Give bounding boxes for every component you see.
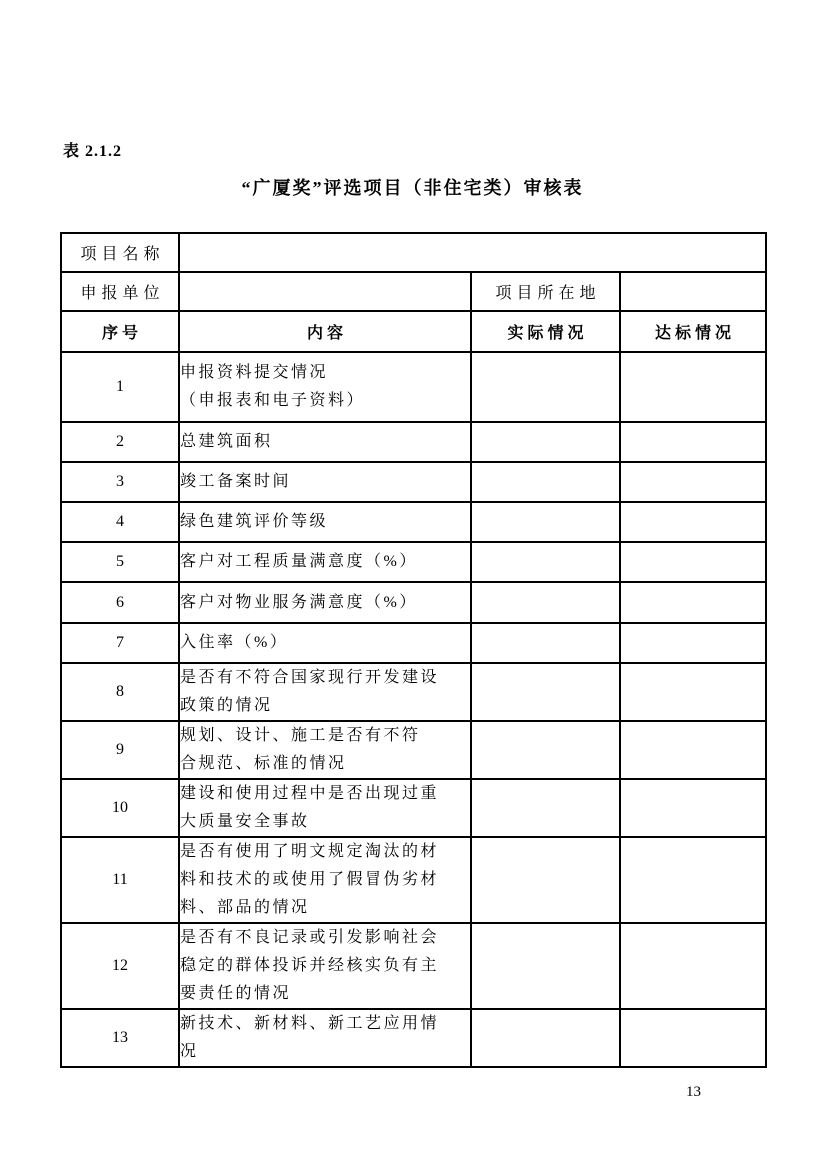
row-content: 申报资料提交情况 （申报表和电子资料） — [179, 352, 471, 422]
row-content: 新技术、新材料、新工艺应用情 况 — [179, 1009, 471, 1067]
row-content: 客户对工程质量满意度（%） — [179, 542, 471, 582]
project-name-value — [179, 233, 766, 272]
actual-cell — [471, 542, 620, 582]
row-content: 是否有使用了明文规定淘汰的材 料和技术的或使用了假冒伪劣材 料、部品的情况 — [179, 837, 471, 923]
actual-cell — [471, 721, 620, 779]
project-name-label: 项目名称 — [61, 233, 179, 272]
row-no: 2 — [61, 422, 179, 462]
standard-cell — [620, 462, 766, 502]
standard-cell — [620, 837, 766, 923]
row-no: 10 — [61, 779, 179, 837]
location-value — [620, 272, 766, 311]
standard-cell — [620, 623, 766, 663]
table-row: 6 客户对物业服务满意度（%） — [61, 582, 766, 623]
actual-cell — [471, 582, 620, 623]
row-content: 总建筑面积 — [179, 422, 471, 462]
row-no: 11 — [61, 837, 179, 923]
row-no: 3 — [61, 462, 179, 502]
actual-cell — [471, 663, 620, 721]
row-no: 13 — [61, 1009, 179, 1067]
project-name-row: 项目名称 — [61, 233, 766, 272]
actual-cell — [471, 422, 620, 462]
table-row: 5 客户对工程质量满意度（%） — [61, 542, 766, 582]
standard-cell — [620, 502, 766, 542]
row-content: 入住率（%） — [179, 623, 471, 663]
applicant-row: 申报单位 项目所在地 — [61, 272, 766, 311]
table-row: 11 是否有使用了明文规定淘汰的材 料和技术的或使用了假冒伪劣材 料、部品的情况 — [61, 837, 766, 923]
actual-cell — [471, 1009, 620, 1067]
document-title: “广厦奖”评选项目（非住宅类）审核表 — [60, 174, 765, 200]
standard-cell — [620, 663, 766, 721]
table-row: 9 规划、设计、施工是否有不符 合规范、标准的情况 — [61, 721, 766, 779]
row-no: 12 — [61, 923, 179, 1009]
row-no: 6 — [61, 582, 179, 623]
standard-cell — [620, 1009, 766, 1067]
table-row: 7 入住率（%） — [61, 623, 766, 663]
table-header-row: 序号 内容 实际情况 达标情况 — [61, 311, 766, 352]
row-no: 7 — [61, 623, 179, 663]
col-header-standard: 达标情况 — [620, 311, 766, 352]
standard-cell — [620, 582, 766, 623]
row-no: 5 — [61, 542, 179, 582]
actual-cell — [471, 923, 620, 1009]
table-number: 表 2.1.2 — [63, 138, 122, 161]
table-row: 4 绿色建筑评价等级 — [61, 502, 766, 542]
row-content: 规划、设计、施工是否有不符 合规范、标准的情况 — [179, 721, 471, 779]
actual-cell — [471, 502, 620, 542]
row-content: 是否有不符合国家现行开发建设 政策的情况 — [179, 663, 471, 721]
row-no: 9 — [61, 721, 179, 779]
actual-cell — [471, 462, 620, 502]
row-content: 竣工备案时间 — [179, 462, 471, 502]
standard-cell — [620, 721, 766, 779]
page-number: 13 — [686, 1084, 701, 1101]
row-content: 客户对物业服务满意度（%） — [179, 582, 471, 623]
col-header-content: 内容 — [179, 311, 471, 352]
applicant-label: 申报单位 — [61, 272, 179, 311]
location-label: 项目所在地 — [471, 272, 620, 311]
table-row: 8 是否有不符合国家现行开发建设 政策的情况 — [61, 663, 766, 721]
table-row: 3 竣工备案时间 — [61, 462, 766, 502]
row-no: 1 — [61, 352, 179, 422]
col-header-no: 序号 — [61, 311, 179, 352]
row-no: 8 — [61, 663, 179, 721]
actual-cell — [471, 352, 620, 422]
document-page: 表 2.1.2 “广厦奖”评选项目（非住宅类）审核表 项目名称 申报单位 项目所… — [0, 0, 827, 1170]
standard-cell — [620, 542, 766, 582]
col-header-actual: 实际情况 — [471, 311, 620, 352]
table-row: 2 总建筑面积 — [61, 422, 766, 462]
row-content: 建设和使用过程中是否出现过重 大质量安全事故 — [179, 779, 471, 837]
table-row: 12 是否有不良记录或引发影响社会 稳定的群体投诉并经核实负有主 要责任的情况 — [61, 923, 766, 1009]
review-table: 项目名称 申报单位 项目所在地 序号 内容 实际情况 达标情况 1 申报资料提交… — [60, 232, 767, 1068]
applicant-value — [179, 272, 471, 311]
table-row: 13 新技术、新材料、新工艺应用情 况 — [61, 1009, 766, 1067]
standard-cell — [620, 352, 766, 422]
standard-cell — [620, 779, 766, 837]
actual-cell — [471, 837, 620, 923]
row-no: 4 — [61, 502, 179, 542]
standard-cell — [620, 923, 766, 1009]
table-row: 10 建设和使用过程中是否出现过重 大质量安全事故 — [61, 779, 766, 837]
actual-cell — [471, 779, 620, 837]
table-row: 1 申报资料提交情况 （申报表和电子资料） — [61, 352, 766, 422]
row-content: 是否有不良记录或引发影响社会 稳定的群体投诉并经核实负有主 要责任的情况 — [179, 923, 471, 1009]
row-content: 绿色建筑评价等级 — [179, 502, 471, 542]
standard-cell — [620, 422, 766, 462]
actual-cell — [471, 623, 620, 663]
